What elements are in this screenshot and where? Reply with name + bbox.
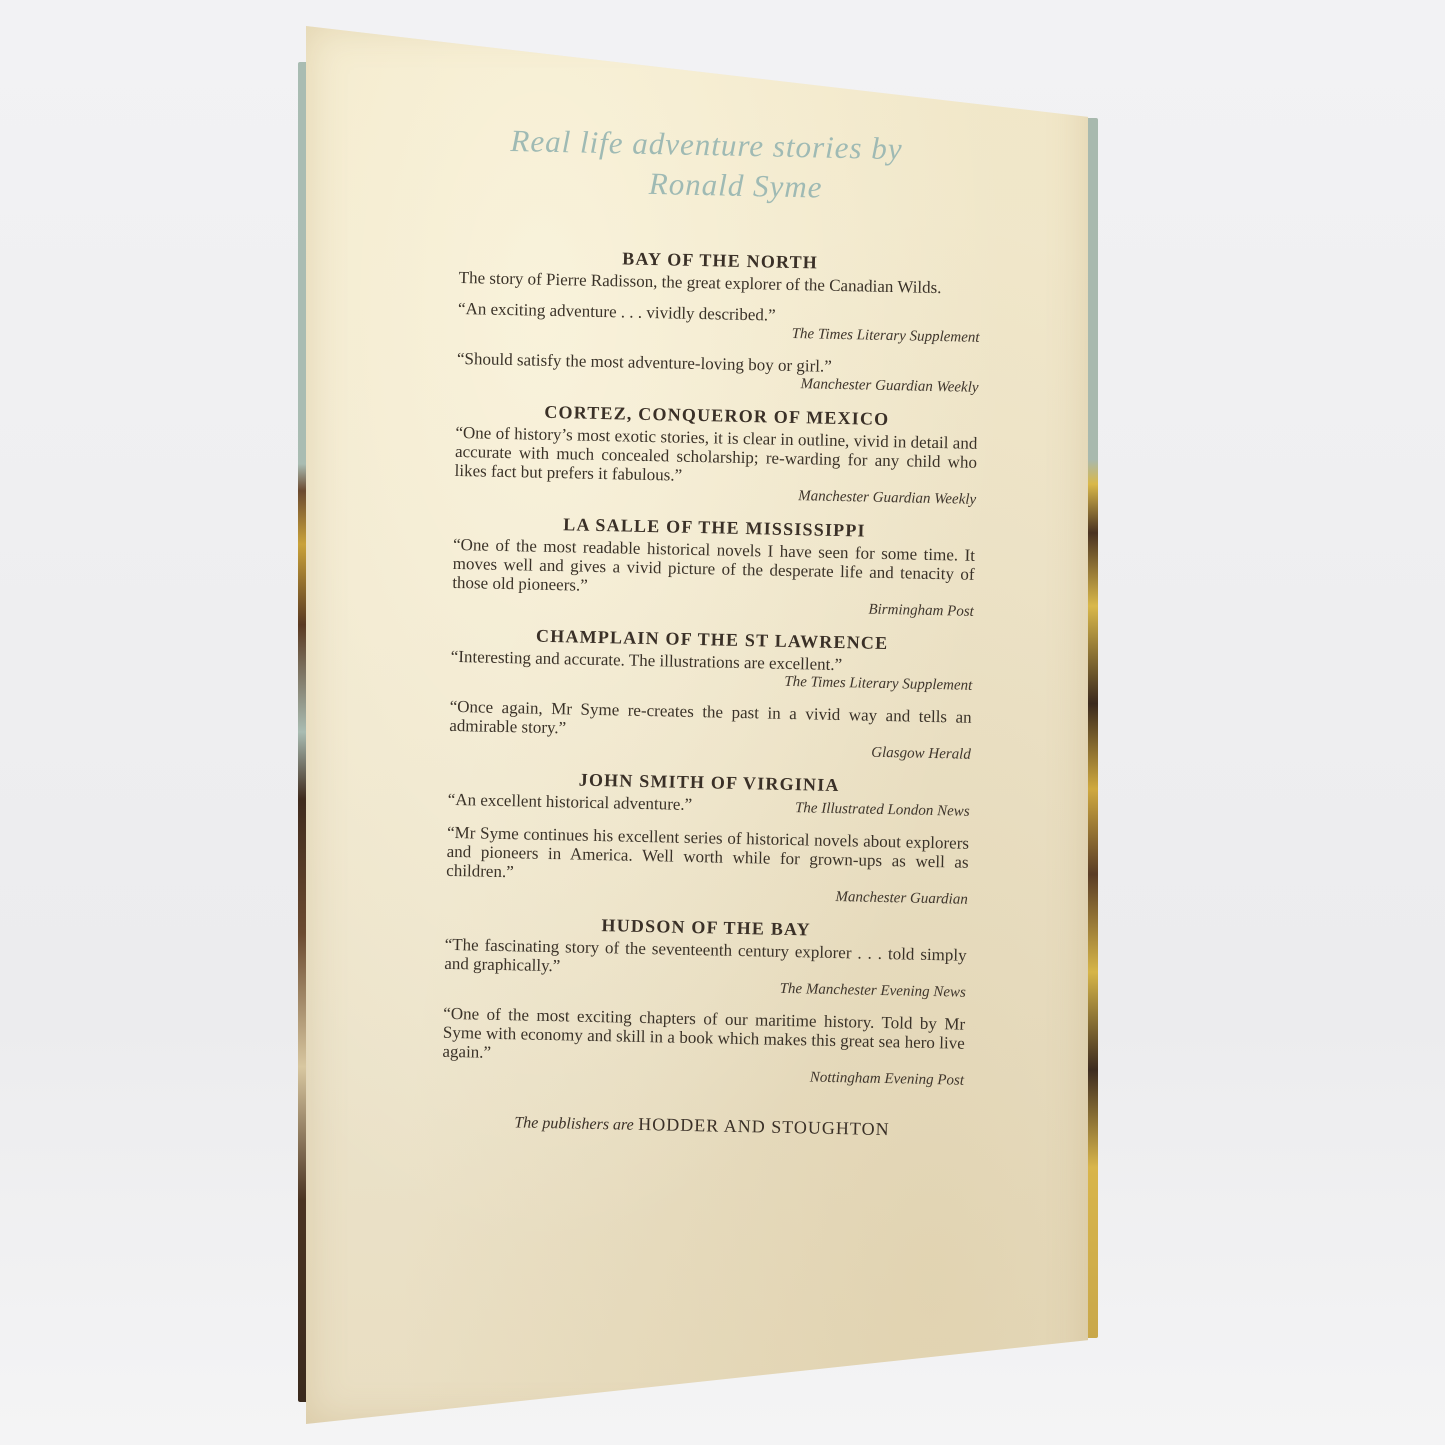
- review-quote: “One of the most readable historical nov…: [452, 535, 975, 603]
- book-entry: BAY OF THE NORTH The story of Pierre Rad…: [456, 244, 981, 398]
- publisher-name: HODDER AND STOUGHTON: [638, 1114, 890, 1139]
- review: “One of history’s most exotic stories, i…: [454, 423, 977, 510]
- review: “One of the most exciting chapters of ou…: [442, 1004, 965, 1091]
- book-entry: LA SALLE OF THE MISSISSIPPI “One of the …: [452, 511, 976, 622]
- book-entry: CHAMPLAIN OF THE ST LAWRENCE “Interestin…: [449, 623, 974, 765]
- review-source: The Illustrated London News: [795, 799, 970, 822]
- jacket-heading: Real life adventure stories by Ronald Sy…: [490, 121, 962, 211]
- review: “The fascinating story of the seventeent…: [444, 935, 967, 1003]
- jacket-text: Real life adventure stories by Ronald Sy…: [441, 120, 984, 1142]
- review-quote: “One of history’s most exotic stories, i…: [454, 423, 977, 491]
- review: “Should satisfy the most adventure-lovin…: [456, 349, 979, 398]
- review: “Interesting and accurate. The illustrat…: [450, 647, 973, 696]
- photo-scene: Real life adventure stories by Ronald Sy…: [0, 0, 1445, 1445]
- review: “Mr Syme continues his excellent series …: [446, 823, 969, 910]
- book-entry: CORTEZ, CONQUEROR OF MEXICO “One of hist…: [454, 399, 978, 510]
- review: “One of the most readable historical nov…: [452, 535, 975, 622]
- book-entry: HUDSON OF THE BAY “The fascinating story…: [442, 911, 967, 1091]
- review: “Once again, Mr Syme re-creates the past…: [449, 697, 972, 765]
- review: “An exciting adventure . . . vividly des…: [457, 299, 980, 348]
- publisher-prefix: The publishers are: [514, 1114, 634, 1133]
- review-quote: “An excellent historical adventure.”: [448, 790, 693, 814]
- book-entry: JOHN SMITH OF VIRGINIA “An excellent his…: [446, 766, 971, 910]
